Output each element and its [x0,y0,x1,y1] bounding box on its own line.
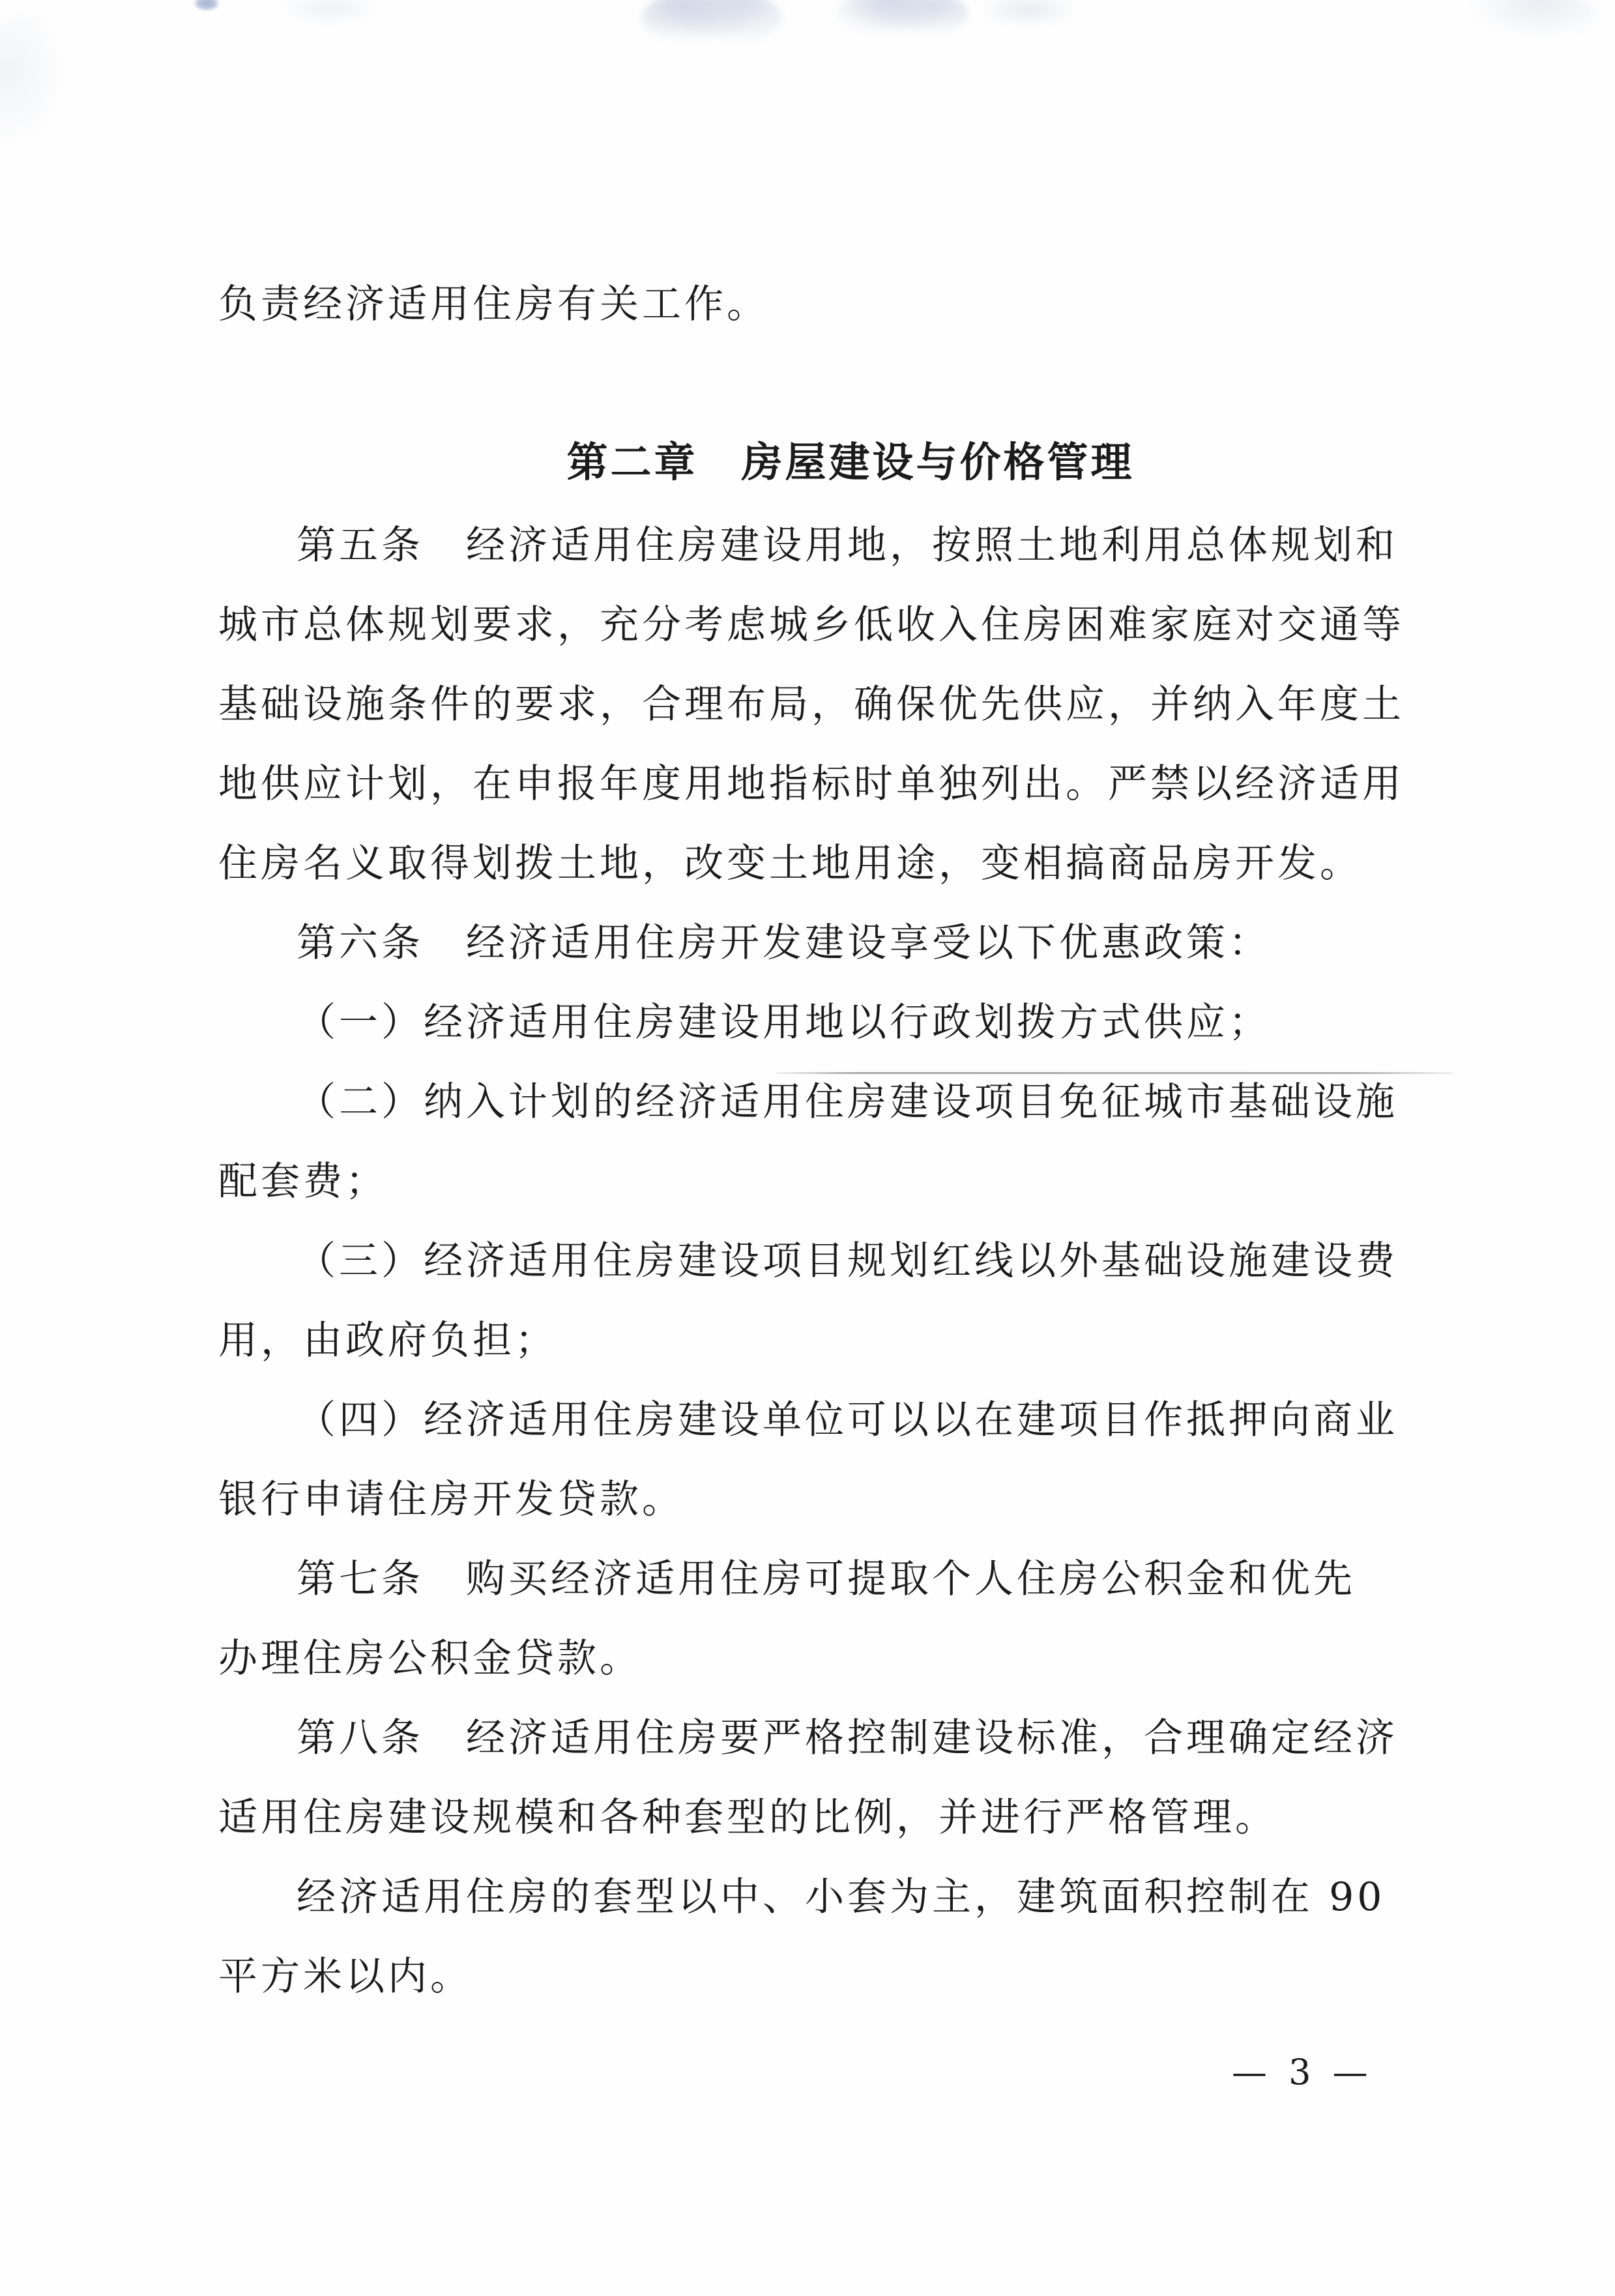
document-line: （四）经济适用住房建设单位可以以在建项目作抵押向商业 [218,1380,1457,1460]
scan-noise-patch [642,0,782,48]
document-line: 配套费； [218,1142,1457,1221]
scan-noise-patch [837,0,968,40]
document-line: 第八条 经济适用住房要严格控制建设标准，合理确定经济 [218,1698,1457,1778]
document-line: 基础设施条件的要求，合理布局，确保优先供应，并纳入年度土 [218,665,1457,744]
document-line: 办理住房公积金贷款。 [218,1619,1457,1698]
document-line: （一）经济适用住房建设用地以行政划拨方式供应； [218,983,1457,1062]
scan-noise-patch [974,0,1082,27]
scan-noise-patch [274,0,385,25]
scan-noise-patch [0,13,72,156]
document-line: 第五条 经济适用住房建设用地，按照土地利用总体规划和 [218,506,1457,585]
document-line: 平方米以内。 [218,1937,1457,2016]
document-line: 经济适用住房的套型以中、小套为主，建筑面积控制在 90 [218,1857,1457,1937]
scan-noise-patch [1460,0,1597,42]
document-body: 负责经济适用住房有关工作。 第二章 房屋建设与价格管理 第五条 经济适用住房建设… [218,265,1457,2016]
page-number: — 3 — [1232,2052,1373,2093]
document-line: 第六条 经济适用住房开发建设享受以下优惠政策： [218,903,1457,983]
document-line: （二）纳入计划的经济适用住房建设项目免征城市基础设施 [218,1062,1457,1142]
scan-noise-blob [194,0,219,10]
document-line: 第七条 购买经济适用住房可提取个人住房公积金和优先 [218,1539,1457,1619]
scanned-document-page: 负责经济适用住房有关工作。 第二章 房屋建设与价格管理 第五条 经济适用住房建设… [0,0,1615,2296]
document-line: 地供应计划，在申报年度用地指标时单独列出。严禁以经济适用 [218,744,1457,824]
chapter-heading: 第二章 房屋建设与价格管理 [218,420,1457,504]
document-line: （三）经济适用住房建设项目规划红线以外基础设施建设费 [218,1221,1457,1301]
document-line: 负责经济适用住房有关工作。 [218,265,1457,344]
document-line: 银行申请住房开发贷款。 [218,1460,1457,1539]
document-line: 城市总体规划要求，充分考虑城乡低收入住房困难家庭对交通等 [218,585,1457,665]
document-line: 用，由政府负担； [218,1301,1457,1380]
document-line: 住房名义取得划拨土地，改变土地用途，变相搞商品房开发。 [218,824,1457,903]
document-line: 适用住房建设规模和各种套型的比例，并进行严格管理。 [218,1778,1457,1857]
